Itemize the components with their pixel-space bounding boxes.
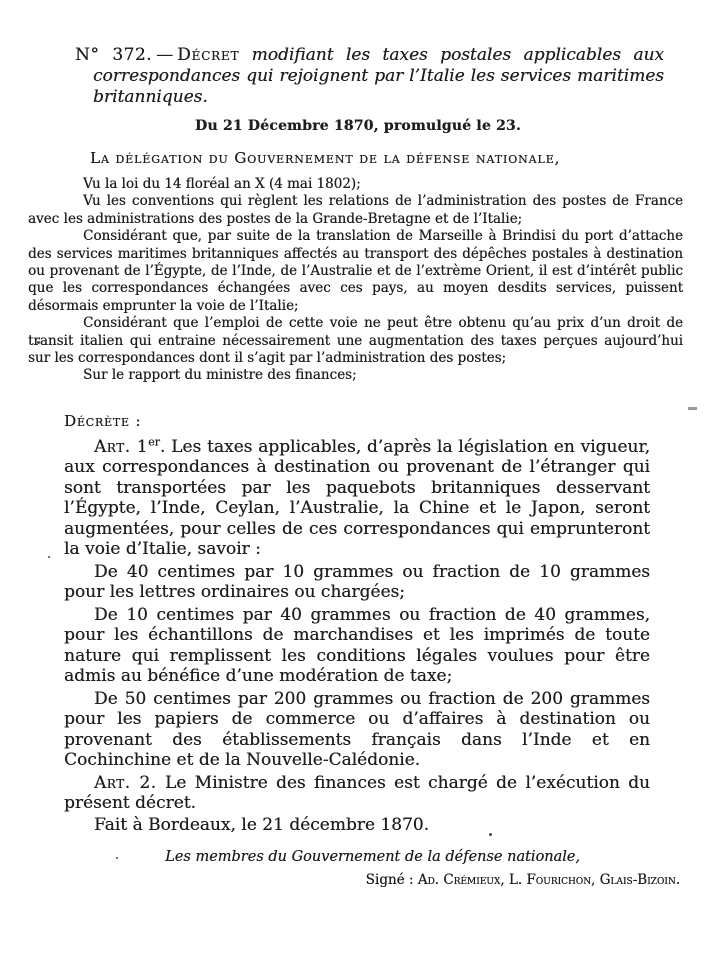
decree-label: Décret — [177, 45, 239, 65]
article-2-label: Art. 2. — [94, 773, 157, 793]
decree-number: N° 372. — [75, 45, 152, 65]
title-dash: — — [152, 45, 177, 65]
decree-title: N° 372.—Décret modifiant les taxes posta… — [93, 45, 664, 108]
preamble-paragraph-rapport: Sur le rapport du ministre des finances; — [28, 367, 683, 384]
signed-label: Signé : — [366, 872, 414, 888]
document-page: N° 372.—Décret modifiant les taxes posta… — [0, 0, 716, 968]
scan-artifact-dot-3 — [489, 833, 492, 836]
closing-place-date: Fait à Bordeaux, le 21 décembre 1870. — [64, 815, 650, 835]
tariff-item-business-papers: De 50 centimes par 200 grammes ou fracti… — [64, 689, 650, 771]
preamble-paragraph-visa-2: Vu les conventions qui règlent les relat… — [28, 193, 683, 228]
article-1-text: Les taxes applicables, d’après la législ… — [64, 437, 650, 560]
article-1-ordinal: er — [148, 435, 160, 448]
preamble-paragraph-visa-1: Vu la loi du 14 floréal an X (4 mai 1802… — [28, 176, 683, 193]
scan-artifact-dot-4 — [116, 857, 118, 859]
preamble-paragraph-considerant-2: Considérant que l’emploi de cette voie n… — [28, 315, 683, 367]
signatories: Ad. Crémieux, L. Fourichon, Glais-Bizoin… — [418, 872, 680, 888]
scan-artifact-dot-2 — [48, 556, 50, 558]
preamble-paragraph-considerant-1: Considérant que, par suite de la transla… — [28, 228, 683, 315]
article-1-punct: . — [160, 437, 165, 457]
article-1: Art. 1er. Les taxes applicables, d’après… — [64, 437, 650, 560]
articles-section: Art. 1er. Les taxes applicables, d’après… — [64, 437, 650, 814]
promulgation-date: Du 21 Décembre 1870, promulgué le 23. — [0, 118, 716, 134]
scan-artifact-smudge-1 — [688, 407, 697, 410]
salutation-line: La délégation du Gouvernement de la défe… — [0, 149, 716, 167]
preamble-section: Vu la loi du 14 floréal an X (4 mai 1802… — [28, 176, 683, 385]
article-1-label: Art. 1 — [94, 437, 148, 457]
signature-title: Les membres du Gouvernement de la défens… — [0, 849, 716, 865]
decree-heading: Décrète : — [0, 412, 716, 430]
tariff-item-letters: De 40 centimes par 10 grammes ou fractio… — [64, 562, 650, 603]
tariff-item-samples-printed: De 10 centimes par 40 grammes ou fractio… — [64, 605, 650, 687]
article-2: Art. 2. Le Ministre des finances est cha… — [64, 773, 650, 814]
signature-line: Signé : Ad. Crémieux, L. Fourichon, Glai… — [0, 872, 716, 888]
scan-artifact-dot-1 — [37, 341, 40, 344]
